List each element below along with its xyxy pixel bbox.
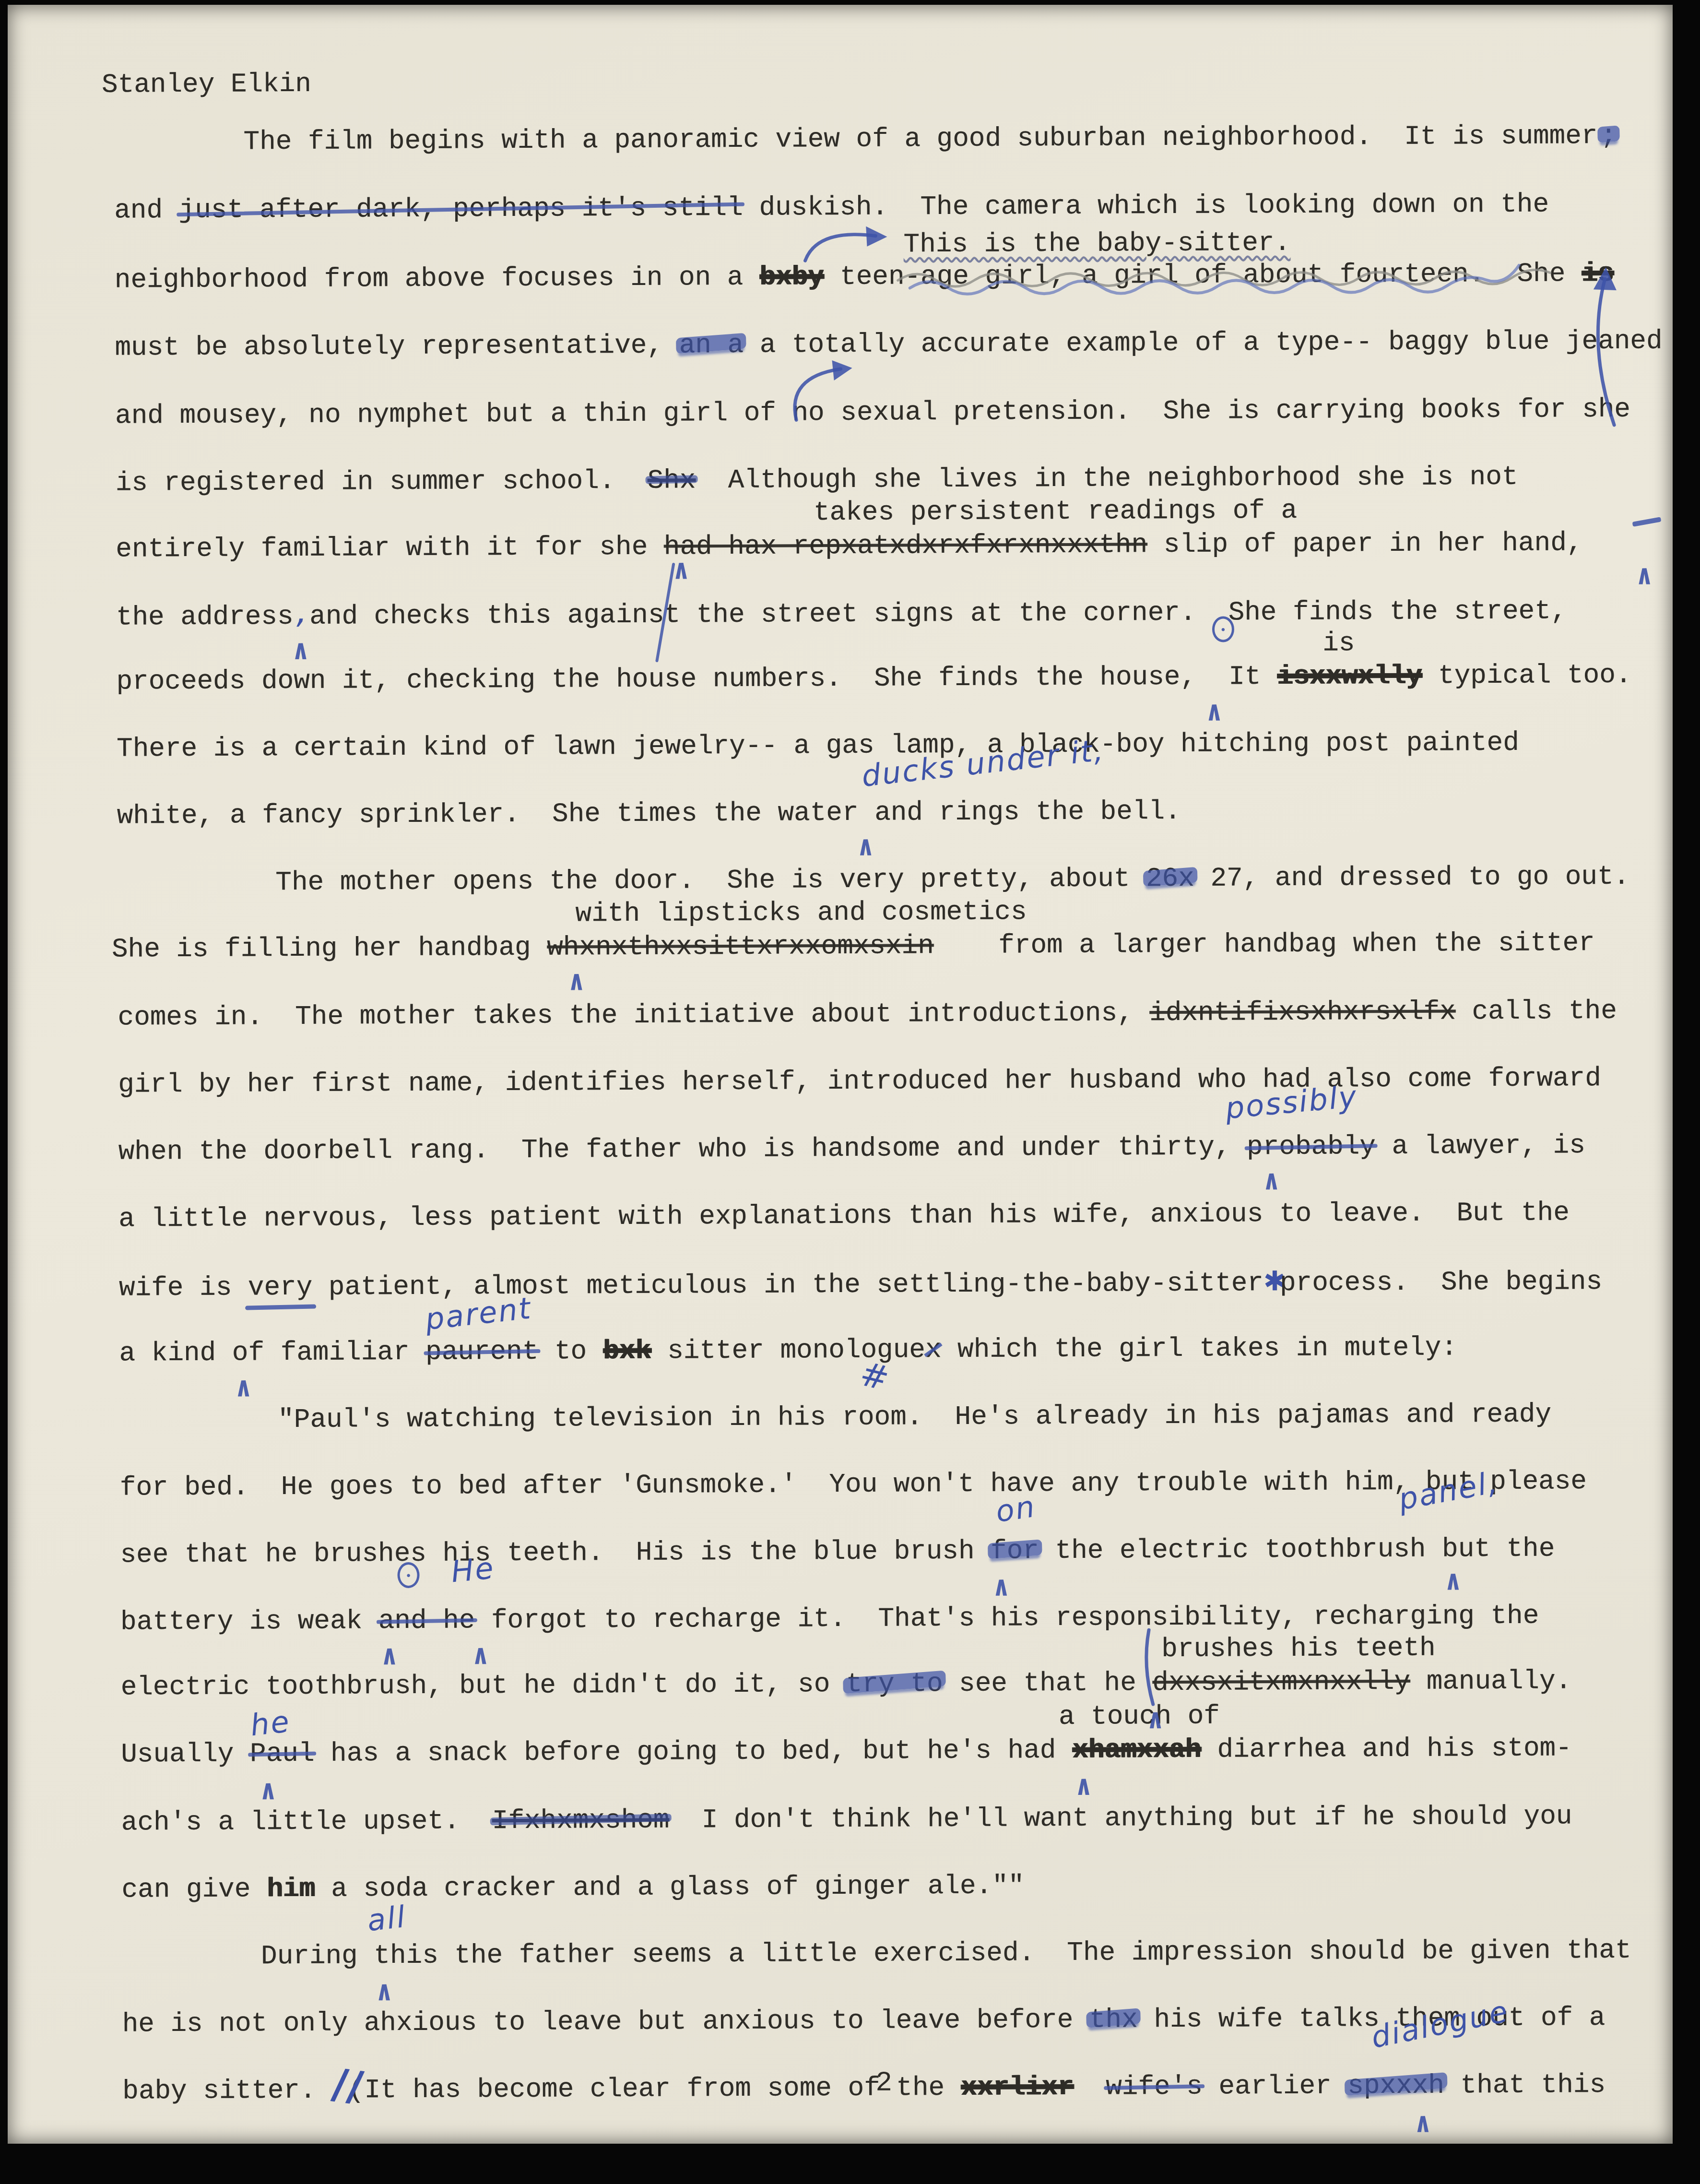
text-run: She is filling her handbag <box>112 932 547 965</box>
typed-line: During this the father seems a little ex… <box>261 1935 1631 1971</box>
insertion-scribble-mark: ✱ <box>1263 1266 1280 1297</box>
struck-text-blue: Paul <box>250 1738 315 1769</box>
inserted-text: brushes his teeth <box>1161 1633 1436 1664</box>
typed-line: must be absolutely representative, an a … <box>115 326 1662 363</box>
text-run: the electric toothbrush but the <box>1039 1533 1555 1567</box>
text-run: I don't think he'll want anything but if… <box>669 1801 1572 1835</box>
caret-mark: ∧ <box>1263 1163 1281 1196</box>
struck-text-blue: just after dark, perhaps it's still <box>178 192 743 226</box>
typed-insertion-line: is <box>1322 628 1355 658</box>
author-text: Stanley Elkin <box>102 69 311 100</box>
text-run: a little nervous, less patient with expl… <box>118 1197 1570 1234</box>
caret-mark: ∧ <box>1444 1564 1462 1597</box>
text-run: slip of paper in her hand, <box>1147 527 1583 560</box>
manuscript-scan: Stanley Elkin The film begins with a pan… <box>0 0 1700 2184</box>
typed-line: electric toothbrush, but he didn't do it… <box>120 1665 1571 1702</box>
text-run: can give <box>121 1874 267 1905</box>
typed-line: when the doorbell rang. The father who i… <box>118 1130 1585 1167</box>
text-run: process. She begins <box>1280 1266 1602 1298</box>
typed-line: can give him a soda cracker and a glass … <box>121 1870 1024 1905</box>
caret-mark: ∧ <box>375 1974 393 2007</box>
struck-text-blue: and he <box>378 1605 475 1636</box>
text-run: It <box>1196 661 1277 692</box>
typed-line: and mousey, no nymphet but a thin girl o… <box>115 394 1630 431</box>
text-run: which the girl takes in mutely: <box>941 1332 1457 1365</box>
ink-stroke-mark <box>1138 1625 1158 1709</box>
arrow-mark <box>1580 264 1634 432</box>
paragraph-slash-mark: // <box>330 2060 366 2112</box>
text-run: is registered in summer school. <box>115 465 647 499</box>
caret-mark: ∧ <box>672 553 690 586</box>
handwritten-annotation: he <box>248 1704 292 1743</box>
typed-line: wife is very patient, almost meticulous … <box>119 1264 1602 1303</box>
text-run: from a larger handbag when the sitter <box>934 927 1595 961</box>
struck-text-blue: an a <box>679 330 744 361</box>
text-run: wife is <box>119 1272 248 1303</box>
period-dot: · <box>1220 618 1227 641</box>
typed-line: proceeds down it, checking the house num… <box>116 660 1631 697</box>
inserted-text: with lipsticks and cosmetics <box>575 896 1027 929</box>
struck-letter-blue: x <box>925 1334 942 1365</box>
struck-text-blue: try to <box>846 1668 943 1699</box>
caret-mark: ∧ <box>472 1638 490 1671</box>
typed-line: The mother opens the door. She is very p… <box>275 861 1629 898</box>
caret-mark: ∧ <box>1074 1769 1093 1802</box>
text-run: There is a certain kind of lawn jewelry-… <box>117 727 1519 764</box>
struck-text-typed: whxnxthxxsittxrxxomxsxin <box>547 930 934 963</box>
text-run: entirely familiar with it for she <box>116 532 664 565</box>
arrow-mark <box>798 214 894 268</box>
text-run: for bed. He goes to bed after 'Gunsmoke.… <box>120 1466 1587 1503</box>
typed-page: Stanley Elkin The film begins with a pan… <box>3 1 1677 2147</box>
author: Stanley Elkin <box>102 69 311 100</box>
deleted-semicolon: ; <box>1600 120 1617 151</box>
text-run: has a snack before going to bed, but he'… <box>314 1735 1072 1769</box>
handwritten-annotation: on <box>993 1489 1038 1529</box>
underlined-text: very <box>248 1272 313 1303</box>
inserted-text: takes persistent readings of a <box>814 495 1297 528</box>
typed-line: battery is weak and he forgot to recharg… <box>120 1601 1539 1638</box>
struck-text-dual: Ifxhxmxshom <box>492 1805 670 1837</box>
paper-sheet: Stanley Elkin The film begins with a pan… <box>8 5 1673 2144</box>
struck-text-typed: xhamxxah <box>1072 1734 1201 1766</box>
typed-insertion-line: with lipsticks and cosmetics <box>575 896 1027 929</box>
text-run: patient, almost meticulous in the settli… <box>312 1268 1263 1303</box>
caret-mark: ∧ <box>567 964 586 997</box>
page-number: 2 <box>875 2068 892 2099</box>
caret-mark: ∧ <box>1414 2106 1432 2139</box>
caret-mark: ∧ <box>235 1371 253 1403</box>
inserted-text: is <box>1322 628 1355 658</box>
text-run: battery is weak <box>120 1605 378 1637</box>
text-run: see that he brushes his teeth. His is th… <box>120 1536 991 1570</box>
text-run: ach's a little upset. <box>121 1805 492 1838</box>
text-run: Usually <box>121 1738 250 1769</box>
typed-insertion-line: This is the baby-sitter. <box>903 227 1290 260</box>
typed-insertion-line: brushes his teeth <box>1161 1633 1436 1664</box>
typed-line: a little nervous, less patient with expl… <box>118 1197 1570 1234</box>
text-run: he is not only ahxious to leave but anxi… <box>122 2005 1089 2040</box>
text-run: to <box>538 1336 603 1367</box>
typed-line: She is filling her handbag whxnxthxxsitt… <box>112 927 1595 964</box>
text-run: The film begins with a panoramic view of… <box>243 120 1597 157</box>
text-run: neighborhood from above focuses in on a <box>115 262 759 296</box>
struck-text-blue: 26x <box>1146 863 1194 894</box>
text-run: when the doorbell rang. The father who i… <box>118 1131 1247 1167</box>
overtyped-text: him <box>267 1874 315 1904</box>
typed-line: for bed. He goes to bed after 'Gunsmoke.… <box>120 1466 1587 1503</box>
text-run: and checks this against the street signs… <box>293 595 1567 632</box>
text-run: a soda cracker and a glass of ginger ale… <box>315 1870 1025 1904</box>
typed-line: a kind of familiar paurent to bxk sitter… <box>119 1332 1457 1368</box>
text-run: calls the <box>1456 996 1617 1027</box>
typed-line: There is a certain kind of lawn jewelry-… <box>117 727 1519 764</box>
struck-text-blue: wife's <box>1106 2071 1203 2102</box>
text-run: and mousey, no nymphet but a thin girl o… <box>115 394 1630 431</box>
struck-text-blue: spxxxh <box>1347 2070 1444 2101</box>
caret-mark: ∧ <box>992 1570 1011 1602</box>
struck-text-typed: isxxwxlly <box>1277 661 1422 692</box>
typed-insertion-line: takes persistent readings of a <box>814 495 1297 528</box>
text-run: earlier <box>1203 2070 1348 2101</box>
text-run: manually. <box>1410 1665 1571 1697</box>
typed-line: entirely familiar with it for she had ha… <box>116 527 1582 564</box>
typed-line: "Paul's watching television in his room.… <box>278 1399 1551 1436</box>
typed-line: comes in. The mother takes the initiativ… <box>118 996 1617 1033</box>
text-run: and <box>114 195 179 226</box>
typed-line: ach's a little upset. Ifxhxmxshom I don'… <box>121 1801 1572 1838</box>
text-run: proceeds down it, checking the house num… <box>116 662 1196 697</box>
struck-text-blue: for <box>991 1535 1039 1566</box>
struck-text-blue: thx <box>1089 2004 1138 2035</box>
handwritten-annotation: all <box>366 1899 408 1938</box>
caret-mark: ∧ <box>380 1638 399 1671</box>
inserted-text: This is the baby-sitter. <box>903 227 1290 260</box>
text-run: the address <box>116 601 294 633</box>
wavy-underline-mark <box>896 263 1596 304</box>
typed-line: The film begins with a panoramic view of… <box>243 120 1617 157</box>
caret-mark: ∧ <box>1635 558 1653 591</box>
text-run: "Paul's watching television in his room.… <box>278 1399 1551 1436</box>
typed-line: girl by her first name, identifies herse… <box>118 1063 1601 1100</box>
text-run: (It has become clear from some of the <box>348 2072 961 2106</box>
circled-period-mark: · <box>397 1562 419 1588</box>
text-run: white, a fancy sprinkler. She times the … <box>117 796 1181 831</box>
struck-text-typed: dxxsxitxmxnxxlly <box>1152 1666 1410 1698</box>
struck-text-dual: Shx <box>647 465 696 496</box>
text-run: see that he <box>943 1667 1152 1699</box>
struck-text-blue: paurent <box>425 1336 539 1367</box>
typed-line: is registered in summer school. Shx Alth… <box>115 462 1518 499</box>
inserted-dash-mark <box>1632 517 1662 527</box>
text-run: a totally accurate example of a type-- b… <box>744 326 1663 360</box>
author-name: Stanley Elkin <box>102 69 311 100</box>
handwritten-annotation: He <box>449 1550 496 1589</box>
period-dot: · <box>405 1564 412 1586</box>
text-run: that this <box>1444 2069 1606 2101</box>
text-run: forgot to recharge it. That's his respon… <box>475 1601 1539 1636</box>
text-run: baby sitter. <box>122 2075 348 2106</box>
text-run: comes in. The mother takes the initiativ… <box>118 997 1149 1033</box>
struck-text-typed: bxk <box>603 1336 651 1366</box>
inserted-comma-mark: , <box>296 592 309 631</box>
typed-line: the address and checks this against the … <box>116 595 1567 632</box>
struck-text-typed: idxntifixsxhxrsxlfx <box>1149 996 1456 1028</box>
circled-period-mark: · <box>1212 616 1234 642</box>
typed-line: see that he brushes his teeth. His is th… <box>120 1533 1555 1570</box>
text-run: must be absolutely representative, <box>115 330 679 363</box>
text-run: a kind of familiar <box>119 1337 425 1369</box>
caret-mark: ∧ <box>1205 695 1224 727</box>
text-run: typical too. <box>1422 660 1631 691</box>
typed-line: Usually Paul has a snack before going to… <box>121 1733 1572 1769</box>
caret-mark: ∧ <box>259 1773 277 1806</box>
text-run: a lawyer, is <box>1376 1130 1585 1162</box>
text-run: The mother opens the door. She is very p… <box>275 863 1146 898</box>
struck-text-blue: probably <box>1247 1131 1376 1162</box>
caret-mark: ∧ <box>292 633 310 666</box>
text-run <box>1074 2072 1106 2102</box>
text-run: During this the father seems a little ex… <box>261 1935 1631 1971</box>
typed-line: white, a fancy sprinkler. She times the … <box>117 796 1181 831</box>
text-run: diarrhea and his stom- <box>1201 1733 1572 1765</box>
text-run: 27, and dressed to go out. <box>1194 861 1630 894</box>
text-run: electric toothbrush, but he didn't do it… <box>120 1669 846 1703</box>
text-run: girl by her first name, identifies herse… <box>118 1063 1601 1100</box>
struck-text-typed: had hax repxatxdxrxfxrxnxxxthn <box>664 529 1147 562</box>
text-run: Although she lives in the neighborhood s… <box>696 462 1518 496</box>
struck-text-typed: xxrlixr <box>961 2072 1074 2103</box>
arrow-mark <box>784 357 866 425</box>
caret-mark: ∧ <box>857 830 875 862</box>
